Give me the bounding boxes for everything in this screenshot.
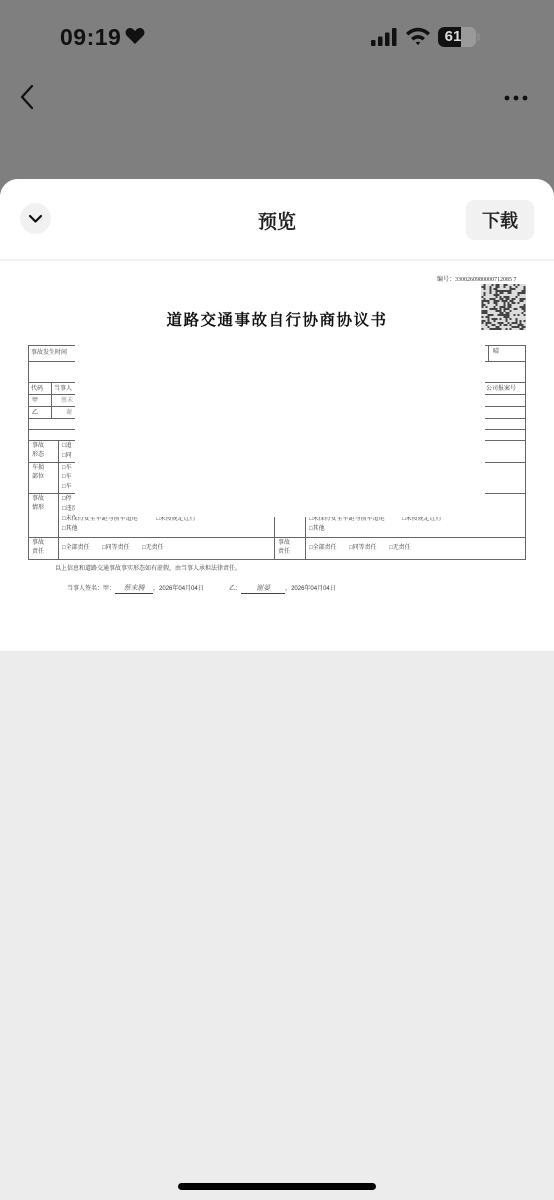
damage-label-2: 部位 — [32, 473, 44, 482]
declaration-text: 以上信息和道路交通事故事实形态如有虚假，由当事人承担法律责任。 — [55, 563, 241, 572]
col-line — [58, 440, 59, 559]
party-b-name: 谢 — [66, 409, 72, 418]
weather-value: 晴 — [493, 348, 499, 357]
row-line — [28, 537, 526, 538]
accident-form-label-2: 形态 — [32, 451, 44, 460]
liability-label-b: 事故 — [278, 539, 290, 548]
party-b-signature: 谢晏 — [241, 583, 285, 594]
ellipsis-icon — [500, 88, 532, 108]
preview-sheet: 预览 下载 编号：3300260980000712085 7 道路交通事故自行协… — [0, 179, 554, 1200]
party-b-label: 乙： — [229, 586, 241, 592]
situation-option[interactable]: □停 — [62, 494, 72, 504]
party-a-code: 甲 — [32, 397, 38, 406]
col-line — [488, 345, 489, 361]
col-line — [51, 382, 52, 418]
redaction-overlay — [75, 341, 485, 517]
party-b-date: ，2026年04月04日 — [285, 586, 336, 592]
signature-label: 当事人签名：甲： — [67, 586, 115, 592]
status-bar: 09:19 61 — [0, 0, 554, 70]
liability-option-b[interactable]: □同等责任 — [349, 543, 377, 553]
cellular-signal-icon — [371, 28, 397, 51]
sheet-header: 预览 下载 — [0, 179, 554, 259]
back-button[interactable] — [14, 80, 44, 114]
form-option[interactable]: □追 — [62, 441, 72, 451]
damage-label: 车损 — [32, 464, 44, 473]
situation-option[interactable]: □其他 — [62, 524, 78, 534]
situation-option-b[interactable]: □其他 — [309, 524, 325, 534]
row-line — [28, 559, 526, 560]
party-b-code: 乙 — [32, 409, 38, 418]
status-time: 09:19 — [60, 24, 121, 51]
liability-label-b-2: 责任 — [278, 548, 290, 557]
chevron-left-icon — [14, 80, 44, 114]
document-preview[interactable]: 编号：3300260980000712085 7 道路交通事故自行协商协议书 — [0, 259, 554, 651]
situation-label-2: 情形 — [32, 504, 44, 513]
liability-option[interactable]: □全部责任 — [62, 543, 90, 553]
situation-label: 事故 — [32, 495, 44, 504]
accident-form-label: 事故 — [32, 442, 44, 451]
damage-option[interactable]: □车 — [62, 482, 72, 492]
more-options-button[interactable] — [500, 88, 532, 108]
signature-line: 当事人签名：甲：蔡未腾，2026年04月04日 乙：谢晏，2026年04月04日 — [67, 583, 336, 594]
download-button[interactable]: 下载 — [466, 200, 534, 240]
battery-cap — [477, 33, 480, 41]
accident-time-label: 事故发生时间 — [31, 349, 67, 358]
damage-option[interactable]: □车 — [62, 472, 72, 482]
liability-option[interactable]: □同等责任 — [102, 543, 130, 553]
home-indicator[interactable] — [178, 1183, 376, 1190]
party-a-signature: 蔡未腾 — [115, 583, 153, 594]
liability-label: 事故 — [32, 539, 44, 548]
table-border-right — [525, 345, 526, 560]
liability-option-b[interactable]: □无责任 — [389, 543, 411, 553]
battery-icon: 61 — [438, 27, 476, 47]
battery-level: 61 — [438, 27, 468, 47]
insurance-report-header: 公司报案号 — [486, 385, 516, 394]
liability-option[interactable]: □无责任 — [142, 543, 164, 553]
heart-icon — [125, 27, 145, 50]
agreement-document: 编号：3300260980000712085 7 道路交通事故自行协商协议书 — [0, 261, 554, 653]
wifi-icon — [405, 26, 431, 51]
liability-label-2: 责任 — [32, 548, 44, 557]
party-a-name: 蔡未 — [61, 397, 73, 406]
party-header: 当事人 — [54, 385, 72, 394]
form-option[interactable]: □同 — [62, 451, 72, 461]
serial-number: 编号：3300260980000712085 7 — [437, 274, 517, 283]
document-title: 道路交通事故自行协商协议书 — [0, 308, 554, 330]
liability-option-b[interactable]: □全部责任 — [309, 543, 337, 553]
party-a-date: ，2026年04月04日 — [153, 586, 204, 592]
table-border-left — [28, 345, 29, 560]
code-header: 代码 — [31, 385, 43, 394]
